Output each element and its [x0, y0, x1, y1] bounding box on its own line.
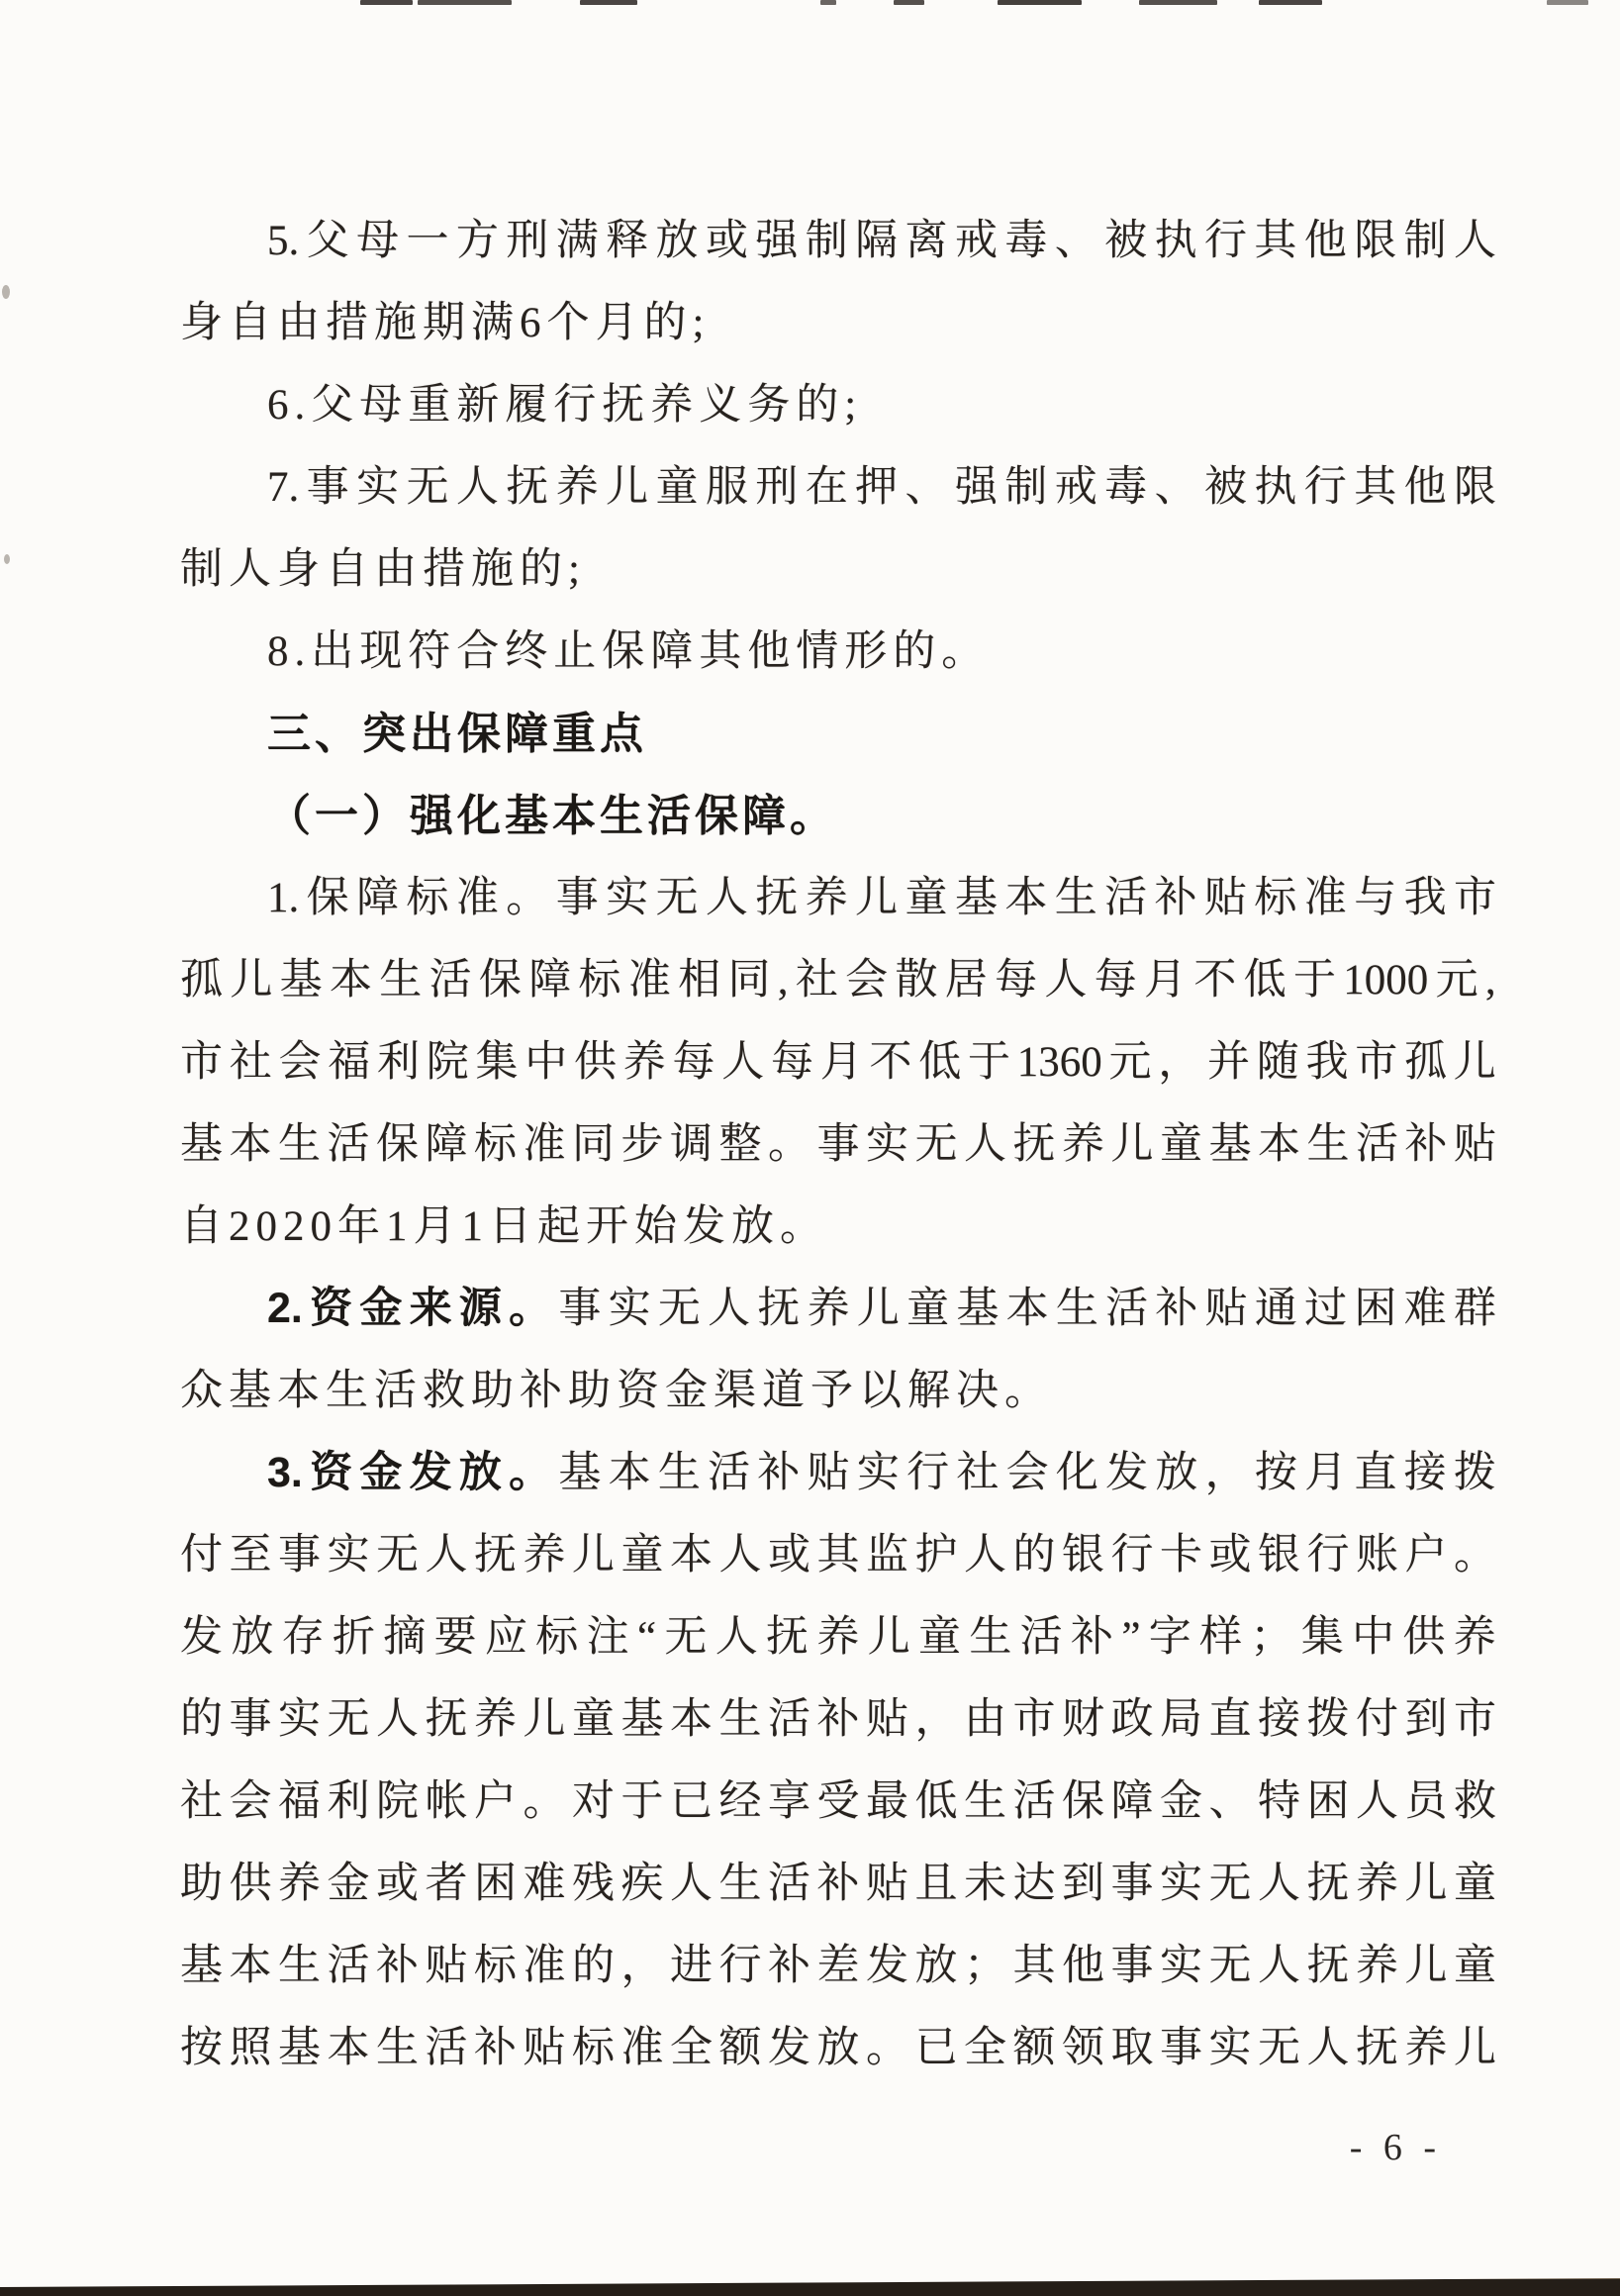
scan-artifact	[1139, 0, 1217, 5]
page-number: - 6 -	[1350, 2126, 1442, 2169]
text-line: 自2020年1月1日起开始发放。	[180, 1186, 1496, 1268]
scan-artifact	[1259, 0, 1322, 5]
scan-speck	[4, 554, 10, 564]
text-line: 8.出现符合终止保障其他情形的。	[180, 611, 1496, 693]
text-line: 2.资金来源。事实无人抚养儿童基本生活补贴通过困难群	[180, 1268, 1496, 1350]
text-line: （一）强化基本生活保障。	[180, 775, 1496, 857]
scan-artifact	[1547, 0, 1588, 5]
scan-edge-bottom	[0, 2276, 1620, 2296]
document-lines: 5.父母一方刑满释放或强制隔离戒毒、被执行其他限制人身自由措施期满6个月的;6.…	[180, 200, 1496, 2089]
scan-artifact	[580, 0, 637, 5]
text-line: 1.保障标准。事实无人抚养儿童基本生活补贴标准与我市	[180, 857, 1496, 939]
text-line: 市社会福利院集中供养每人每月不低于1360元，并随我市孤儿	[180, 1021, 1496, 1103]
text-line: 6.父母重新履行抚养义务的;	[180, 364, 1496, 446]
text-line: 7.事实无人抚养儿童服刑在押、强制戒毒、被执行其他限	[180, 446, 1496, 528]
scan-artifact	[894, 0, 924, 5]
scan-artifact	[820, 0, 836, 5]
text-line: 的事实无人抚养儿童基本生活补贴，由市财政局直接拨付到市	[180, 1678, 1496, 1761]
text-line: 基本生活保障标准同步调整。事实无人抚养儿童基本生活补贴	[180, 1103, 1496, 1186]
text-line: 助供养金或者困难残疾人生活补贴且未达到事实无人抚养儿童	[180, 1843, 1496, 1925]
text-line: 5.父母一方刑满释放或强制隔离戒毒、被执行其他限制人	[180, 200, 1496, 282]
scan-artifact	[360, 0, 413, 5]
text-line: 基本生活补贴标准的，进行补差发放；其他事实无人抚养儿童	[180, 1925, 1496, 2007]
scan-speck	[2, 285, 10, 299]
text-line: 发放存折摘要应标注“无人抚养儿童生活补”字样；集中供养	[180, 1596, 1496, 1678]
scan-artifact	[418, 0, 512, 5]
text-line: 三、突出保障重点	[180, 693, 1496, 775]
text-line: 身自由措施期满6个月的;	[180, 282, 1496, 364]
text-line: 3.资金发放。基本生活补贴实行社会化发放，按月直接拨	[180, 1432, 1496, 1514]
scan-artifact	[998, 0, 1082, 5]
document-page: 5.父母一方刑满释放或强制隔离戒毒、被执行其他限制人身自由措施期满6个月的;6.…	[0, 0, 1620, 2296]
text-line: 制人身自由措施的;	[180, 528, 1496, 611]
text-line: 付至事实无人抚养儿童本人或其监护人的银行卡或银行账户。	[180, 1514, 1496, 1596]
text-line: 众基本生活救助补助资金渠道予以解决。	[180, 1350, 1496, 1432]
text-line: 孤儿基本生活保障标准相同,社会散居每人每月不低于1000元,	[180, 939, 1496, 1021]
text-line: 社会福利院帐户。对于已经享受最低生活保障金、特困人员救	[180, 1761, 1496, 1843]
text-line: 按照基本生活补贴标准全额发放。已全额领取事实无人抚养儿	[180, 2007, 1496, 2089]
